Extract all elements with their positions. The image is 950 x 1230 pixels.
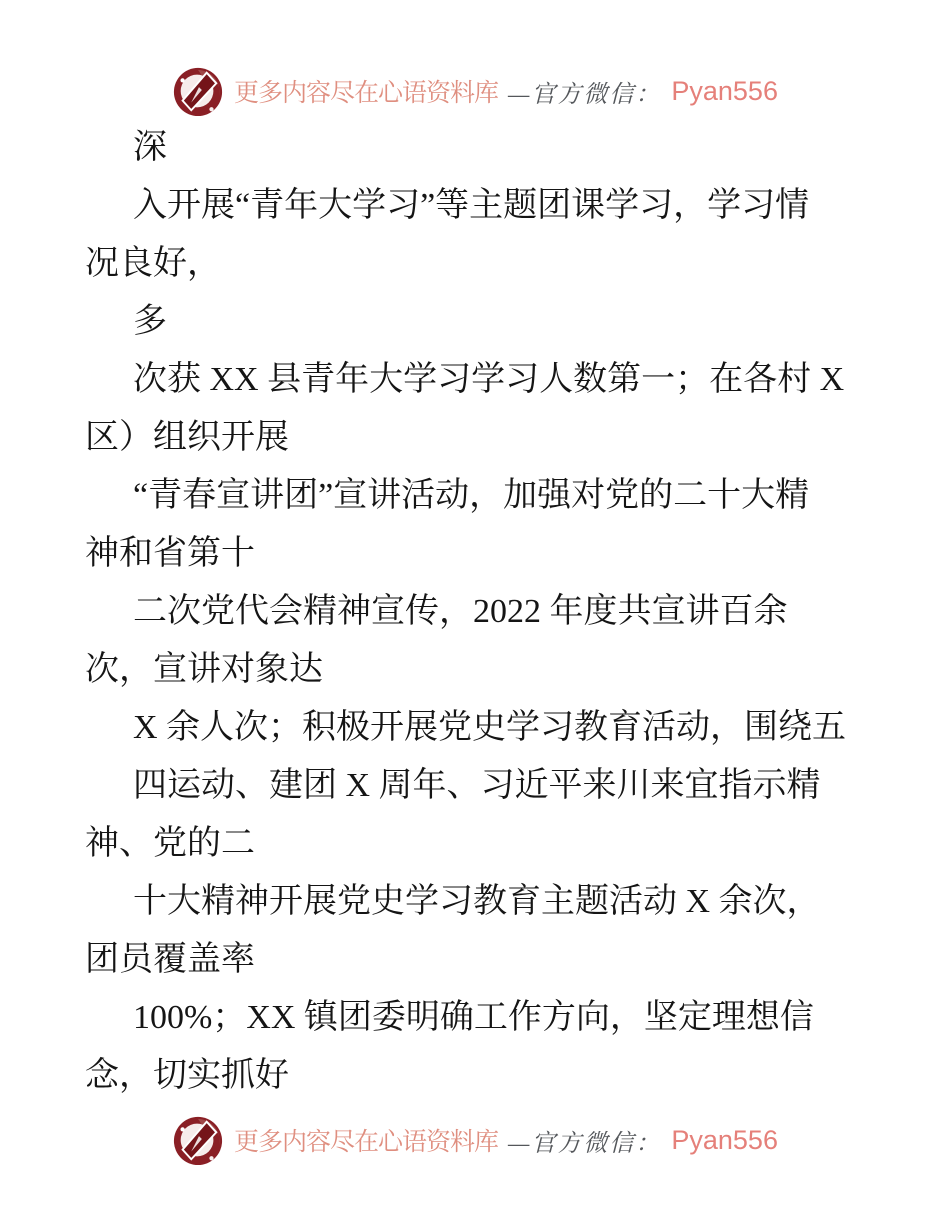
document-line: 多 [85, 293, 869, 351]
document-body: 深入开展“青年大学习”等主题团课学习，学习情况良好，多次获 XX 县青年大学习学… [85, 119, 869, 1105]
watermark-wechat-id: Pyan556 [671, 76, 778, 107]
document-page: 更多内容尽在心语资料库—官方微信：Pyan556 深入开展“青年大学习”等主题团… [0, 0, 950, 1230]
document-line: 四运动、建团 X 周年、习近平来川来宜指示精 [85, 757, 869, 815]
document-line: 二次党代会精神宣传，2022 年度共宣讲百余 [85, 583, 869, 641]
document-line: 念，切实抓好 [85, 1047, 869, 1105]
document-line: 入开展“青年大学习”等主题团课学习，学习情 [85, 177, 869, 235]
watermark-footer: 更多内容尽在心语资料库—官方微信：Pyan556 [0, 1113, 950, 1167]
document-line: 深 [85, 119, 869, 177]
document-line: 况良好， [85, 235, 869, 293]
document-line: “青春宣讲团”宣讲活动，加强对党的二十大精 [85, 467, 869, 525]
document-line: 神、党的二 [85, 815, 869, 873]
document-line: 十大精神开展党史学习教育主题活动 X 余次， [85, 873, 869, 931]
document-line: 次，宣讲对象达 [85, 641, 869, 699]
watermark-brand-text: 更多内容尽在心语资料库 [234, 73, 498, 109]
document-line: 次获 XX 县青年大学习学习人数第一；在各村 X [85, 351, 869, 409]
document-line: 区）组织开展 [85, 409, 869, 467]
pen-logo-icon [172, 1113, 224, 1167]
document-line: 100%；XX 镇团委明确工作方向，坚定理想信 [85, 989, 869, 1047]
watermark-header: 更多内容尽在心语资料库—官方微信：Pyan556 [0, 64, 950, 118]
pen-logo-icon [172, 64, 224, 118]
watermark-wechat-label: —官方微信： [508, 74, 661, 109]
watermark-wechat-id: Pyan556 [671, 1125, 778, 1156]
watermark-wechat-label: —官方微信： [508, 1123, 661, 1158]
document-line: 团员覆盖率 [85, 931, 869, 989]
watermark-brand-text: 更多内容尽在心语资料库 [234, 1122, 498, 1158]
document-line: X 余人次；积极开展党史学习教育活动，围绕五 [85, 699, 869, 757]
document-line: 神和省第十 [85, 525, 869, 583]
